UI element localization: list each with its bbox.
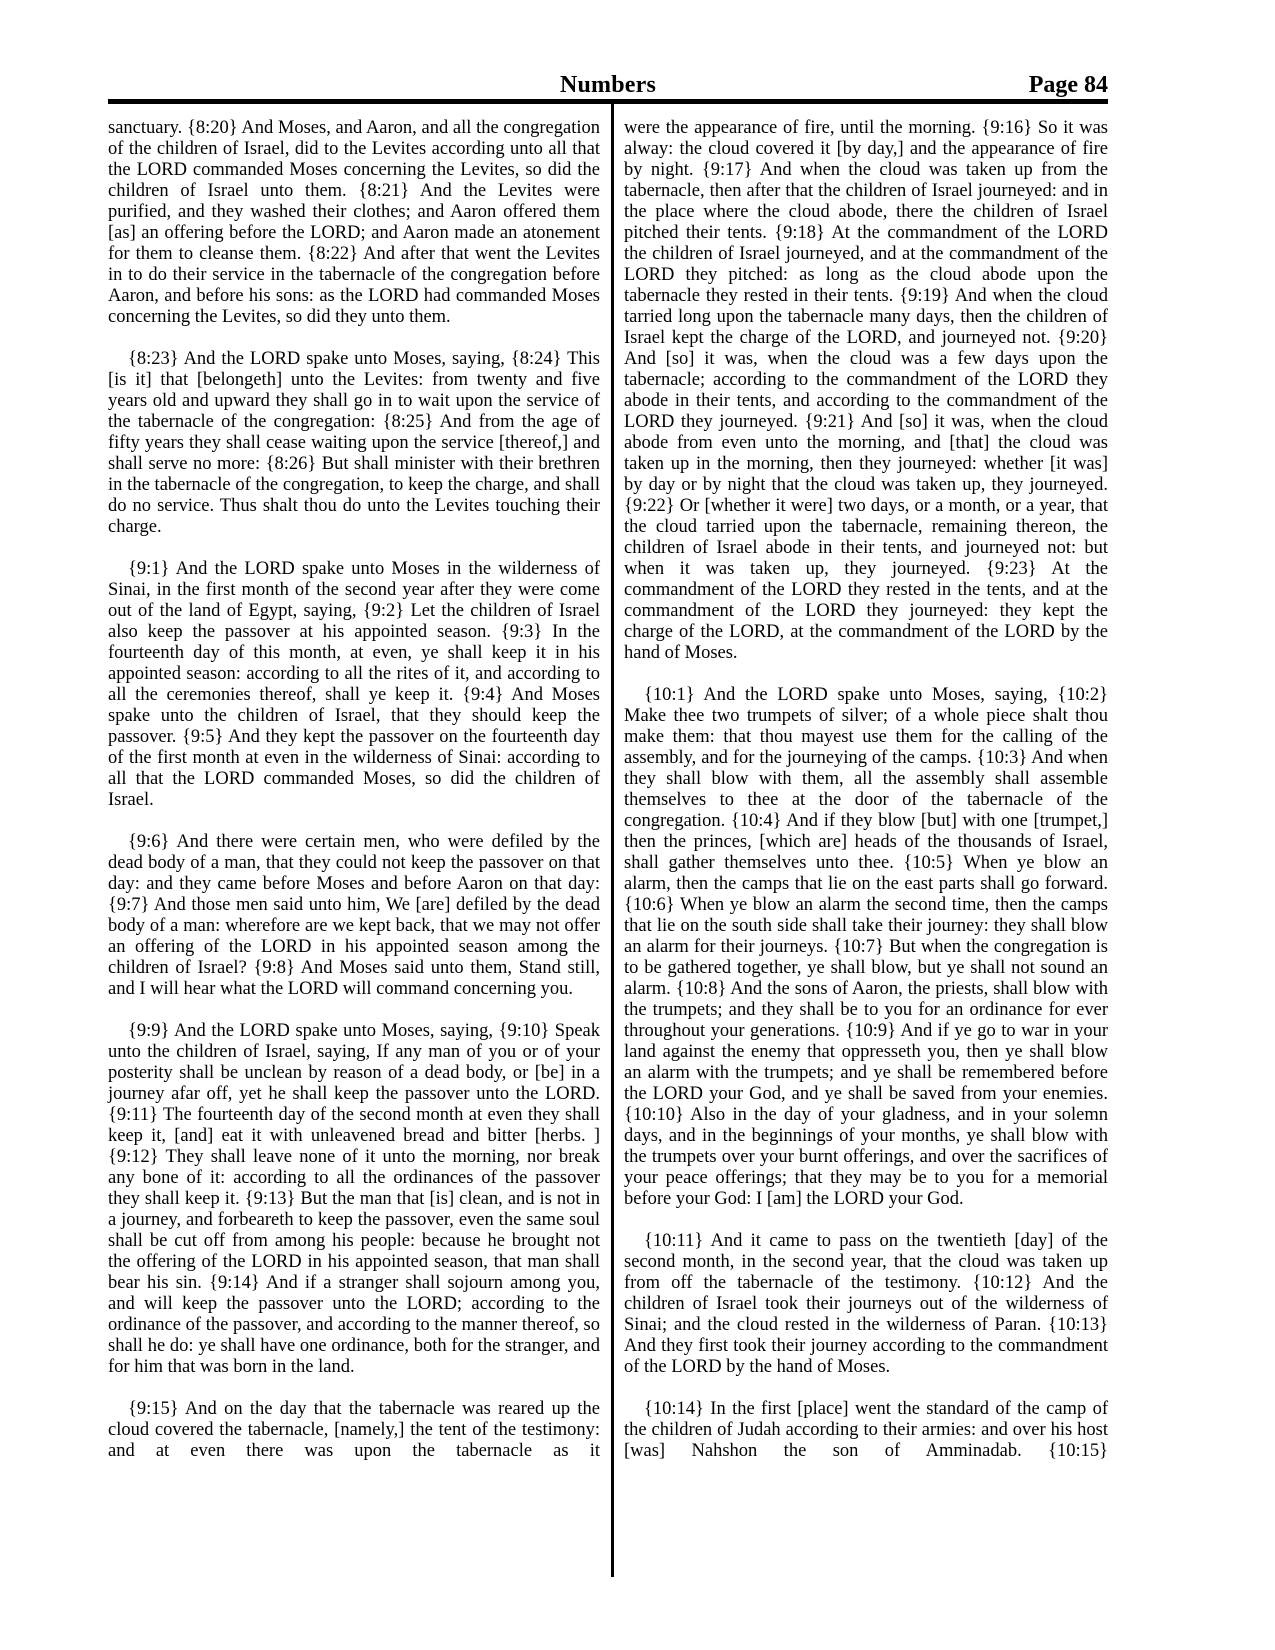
verse-paragraph: {9:15} And on the day that the tabernacl… [108, 1399, 600, 1462]
verse-paragraph: {9:6} And there were certain men, who we… [108, 832, 600, 1000]
column-left: sanctuary. {8:20} And Moses, and Aaron, … [108, 104, 600, 1577]
verse-paragraph: {10:11} And it came to pass on the twent… [624, 1231, 1108, 1378]
verse-paragraph: were the appearance of fire, until the m… [624, 118, 1108, 664]
page-header: Numbers Page 84 [108, 72, 1108, 99]
page-number: Page 84 [1029, 72, 1108, 99]
book-title: Numbers [108, 72, 1108, 99]
column-divider [611, 104, 614, 1577]
verse-paragraph: {8:23} And the LORD spake unto Moses, sa… [108, 349, 600, 538]
verse-paragraph: {10:1} And the LORD spake unto Moses, sa… [624, 685, 1108, 1210]
verse-paragraph: {9:1} And the LORD spake unto Moses in t… [108, 559, 600, 811]
verse-paragraph: {10:14} In the first [place] went the st… [624, 1399, 1108, 1462]
verse-paragraph: {9:9} And the LORD spake unto Moses, say… [108, 1021, 600, 1378]
column-right: were the appearance of fire, until the m… [624, 104, 1108, 1577]
verse-paragraph: sanctuary. {8:20} And Moses, and Aaron, … [108, 118, 600, 328]
text-columns: sanctuary. {8:20} And Moses, and Aaron, … [108, 104, 1108, 1577]
page-sheet: Numbers Page 84 sanctuary. {8:20} And Mo… [108, 0, 1108, 1577]
